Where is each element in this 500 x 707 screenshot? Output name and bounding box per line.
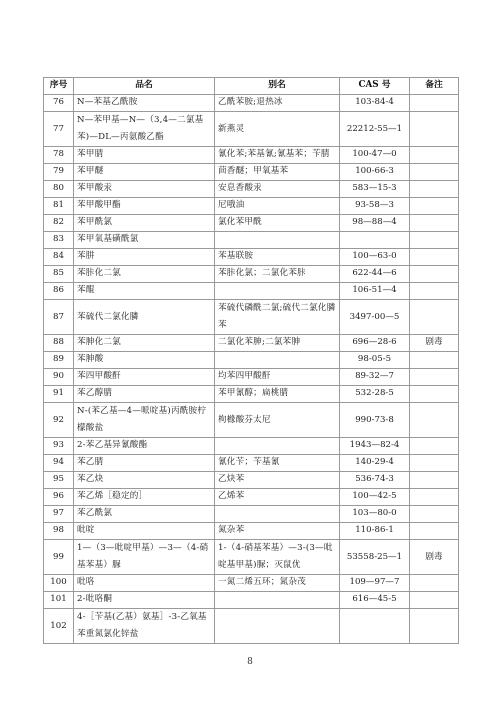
row-product-name: 苯胩化二氯 — [74, 266, 215, 283]
row-alias: 苯硫代磷酰二氯;硫代二氯化膦苯 — [215, 300, 340, 335]
table-row: 91苯乙醇腈苯甲氰醇；扁桃腈532-28-5 — [44, 386, 459, 403]
row-cas-number: 109—97—7 — [340, 575, 410, 592]
row-remarks — [410, 249, 459, 266]
row-product-name: 苯甲酸汞 — [74, 181, 215, 198]
row-serial-number: 97 — [44, 506, 74, 523]
row-cas-number: 616—45-5 — [340, 592, 410, 609]
row-serial-number: 100 — [44, 575, 74, 592]
row-remarks — [410, 369, 459, 386]
row-alias: 氰化苯;苯基氰;氰基苯；苄腈 — [215, 147, 340, 164]
table-row: 77N—苯甲基—N—（3,4—二氯基苯)—DL—丙氨酸乙酯新燕灵22212-55… — [44, 112, 459, 147]
row-serial-number: 78 — [44, 147, 74, 164]
row-alias: 氯化苯甲酰 — [215, 215, 340, 232]
row-cas-number: 990-73-8 — [340, 403, 410, 438]
row-cas-number: 100—42-5 — [340, 489, 410, 506]
row-serial-number: 102 — [44, 609, 74, 644]
row-serial-number: 79 — [44, 164, 74, 181]
row-alias — [215, 352, 340, 369]
row-product-name: 苯乙炔 — [74, 472, 215, 489]
row-remarks — [410, 198, 459, 215]
row-alias: 安息香酸汞 — [215, 181, 340, 198]
row-remarks — [410, 609, 459, 644]
row-serial-number: 84 — [44, 249, 74, 266]
row-serial-number: 94 — [44, 455, 74, 472]
row-remarks — [410, 523, 459, 540]
row-alias: 茴香醚；甲氧基苯 — [215, 164, 340, 181]
row-serial-number: 96 — [44, 489, 74, 506]
table-row: 94苯乙腈氰化苄；苄基氰140-29-4 — [44, 455, 459, 472]
row-cas-number — [340, 609, 410, 644]
table-row: 87苯硫代二氯化膦苯硫代磷酰二氯;硫代二氯化膦苯3497-00—5 — [44, 300, 459, 335]
document-page: 序号 品名 别名 CAS 号 备注 76N—苯基乙酰胺乙酰苯胺;退热冰103-8… — [0, 0, 500, 707]
row-product-name: N—苯甲基—N—（3,4—二氯基苯)—DL—丙氨酸乙酯 — [74, 112, 215, 147]
row-alias: 苯基联胺 — [215, 249, 340, 266]
row-product-name: 苯醌 — [74, 283, 215, 300]
header-remarks: 备注 — [410, 78, 459, 95]
row-cas-number: 532-28-5 — [340, 386, 410, 403]
row-product-name: 苯乙醇腈 — [74, 386, 215, 403]
table-row: 1012-吡咯酮616—45-5 — [44, 592, 459, 609]
row-cas-number: 140-29-4 — [340, 455, 410, 472]
row-remarks: 剧毒 — [410, 335, 459, 352]
row-cas-number: 103-84-4 — [340, 95, 410, 112]
row-cas-number: 89-32—7 — [340, 369, 410, 386]
row-cas-number — [340, 232, 410, 249]
row-remarks — [410, 95, 459, 112]
row-product-name: 苯甲醚 — [74, 164, 215, 181]
row-alias — [215, 283, 340, 300]
row-alias: 1-（4-硝基苯基）—3-(3—吡啶基甲基)脲；灭鼠优 — [215, 540, 340, 575]
table-row: 95苯乙炔乙炔苯536-74-3 — [44, 472, 459, 489]
table-row: 85苯胩化二氯苯胩化氯；二氯化苯胩622-44—6 — [44, 266, 459, 283]
table-row: 932-苯乙基异氰酸酯1943—82-4 — [44, 438, 459, 455]
row-remarks — [410, 386, 459, 403]
row-serial-number: 85 — [44, 266, 74, 283]
row-cas-number: 1943—82-4 — [340, 438, 410, 455]
table-row: 89苯胂酸98-05-5 — [44, 352, 459, 369]
row-product-name: N—苯基乙酰胺 — [74, 95, 215, 112]
row-remarks — [410, 592, 459, 609]
table-row: 98吡啶氮杂苯110-86-1 — [44, 523, 459, 540]
table-row: 83苯甲氧基磺酰氯 — [44, 232, 459, 249]
table-row: 80苯甲酸汞安息香酸汞583—15-3 — [44, 181, 459, 198]
row-product-name: 苯甲氧基磺酰氯 — [74, 232, 215, 249]
row-remarks — [410, 266, 459, 283]
row-product-name: 2-吡咯酮 — [74, 592, 215, 609]
row-cas-number: 93-58—3 — [340, 198, 410, 215]
table-row: 96苯乙烯［稳定的］乙烯苯100—42-5 — [44, 489, 459, 506]
row-cas-number: 100-47—0 — [340, 147, 410, 164]
row-serial-number: 80 — [44, 181, 74, 198]
row-cas-number: 98—88—4 — [340, 215, 410, 232]
row-remarks: 剧毒 — [410, 540, 459, 575]
row-serial-number: 89 — [44, 352, 74, 369]
row-remarks — [410, 575, 459, 592]
row-product-name: 苯乙烯［稳定的］ — [74, 489, 215, 506]
table-row: 991—（3—吡啶甲基）—3—（4-硝基苯基）脲1-（4-硝基苯基）—3-(3—… — [44, 540, 459, 575]
row-product-name: 苯乙酰氯 — [74, 506, 215, 523]
table-row: 84苯肼苯基联胺100—63-0 — [44, 249, 459, 266]
row-product-name: 1—（3—吡啶甲基）—3—（4-硝基苯基）脲 — [74, 540, 215, 575]
row-serial-number: 92 — [44, 403, 74, 438]
row-product-name: 苯甲酰氯 — [74, 215, 215, 232]
row-cas-number: 536-74-3 — [340, 472, 410, 489]
table-row: 79苯甲醚茴香醚；甲氧基苯100-66-3 — [44, 164, 459, 181]
row-cas-number: 98-05-5 — [340, 352, 410, 369]
row-remarks — [410, 352, 459, 369]
row-alias — [215, 609, 340, 644]
row-remarks — [410, 438, 459, 455]
row-remarks — [410, 455, 459, 472]
row-product-name: 苯肼 — [74, 249, 215, 266]
table-row: 76N—苯基乙酰胺乙酰苯胺;退热冰103-84-4 — [44, 95, 459, 112]
row-cas-number: 622-44—6 — [340, 266, 410, 283]
row-alias: 苯胩化氯；二氯化苯胩 — [215, 266, 340, 283]
row-cas-number: 110-86-1 — [340, 523, 410, 540]
row-remarks — [410, 112, 459, 147]
row-serial-number: 93 — [44, 438, 74, 455]
row-serial-number: 83 — [44, 232, 74, 249]
row-remarks — [410, 283, 459, 300]
row-cas-number: 106-51—4 — [340, 283, 410, 300]
header-alias: 别名 — [215, 78, 340, 95]
row-cas-number: 3497-00—5 — [340, 300, 410, 335]
row-serial-number: 82 — [44, 215, 74, 232]
row-remarks — [410, 232, 459, 249]
table-row: 97苯乙酰氯103—80-0 — [44, 506, 459, 523]
page-number: 8 — [0, 657, 500, 667]
table-row: 86苯醌106-51—4 — [44, 283, 459, 300]
row-remarks — [410, 300, 459, 335]
row-alias — [215, 506, 340, 523]
row-product-name: 2-苯乙基异氰酸酯 — [74, 438, 215, 455]
row-alias — [215, 592, 340, 609]
row-serial-number: 86 — [44, 283, 74, 300]
row-cas-number: 696—28-6 — [340, 335, 410, 352]
row-cas-number: 100-66-3 — [340, 164, 410, 181]
row-alias: 新燕灵 — [215, 112, 340, 147]
row-product-name: N-(苯乙基—4—哌啶基)丙酰胺柠檬酸盐 — [74, 403, 215, 438]
table-row: 100吡咯一氮二烯五环；氮杂茂109—97—7 — [44, 575, 459, 592]
row-alias: 乙酰苯胺;退热冰 — [215, 95, 340, 112]
table-row: 81苯甲酸甲酯尼哦油93-58—3 — [44, 198, 459, 215]
row-product-name: 吡啶 — [74, 523, 215, 540]
row-serial-number: 81 — [44, 198, 74, 215]
row-serial-number: 99 — [44, 540, 74, 575]
row-alias: 苯甲氰醇；扁桃腈 — [215, 386, 340, 403]
row-remarks — [410, 181, 459, 198]
row-alias: 均苯四甲酸酐 — [215, 369, 340, 386]
row-product-name: 苯甲酸甲酯 — [74, 198, 215, 215]
header-cas-number: CAS 号 — [340, 78, 410, 95]
header-product-name: 品名 — [74, 78, 215, 95]
row-serial-number: 98 — [44, 523, 74, 540]
row-alias: 乙炔苯 — [215, 472, 340, 489]
row-alias — [215, 438, 340, 455]
row-serial-number: 87 — [44, 300, 74, 335]
row-remarks — [410, 215, 459, 232]
row-alias: 氮杂苯 — [215, 523, 340, 540]
row-serial-number: 91 — [44, 386, 74, 403]
row-remarks — [410, 403, 459, 438]
row-remarks — [410, 147, 459, 164]
row-alias: 乙烯苯 — [215, 489, 340, 506]
row-product-name: 苯胂酸 — [74, 352, 215, 369]
table-header-row: 序号 品名 别名 CAS 号 备注 — [44, 78, 459, 95]
row-serial-number: 90 — [44, 369, 74, 386]
row-serial-number: 77 — [44, 112, 74, 147]
row-serial-number: 95 — [44, 472, 74, 489]
row-remarks — [410, 489, 459, 506]
row-cas-number: 100—63-0 — [340, 249, 410, 266]
row-alias: 尼哦油 — [215, 198, 340, 215]
header-serial-number: 序号 — [44, 78, 74, 95]
table-row: 1024-［苄基(乙基）氨基］-3-乙氧基苯重氮氯化锌盐 — [44, 609, 459, 644]
table-row: 78苯甲腈氰化苯;苯基氰;氰基苯；苄腈100-47—0 — [44, 147, 459, 164]
row-alias: 枸橼酸芬太尼 — [215, 403, 340, 438]
row-serial-number: 101 — [44, 592, 74, 609]
row-product-name: 苯甲腈 — [74, 147, 215, 164]
row-product-name: 4-［苄基(乙基）氨基］-3-乙氧基苯重氮氯化锌盐 — [74, 609, 215, 644]
row-serial-number: 76 — [44, 95, 74, 112]
row-remarks — [410, 506, 459, 523]
table-row: 82苯甲酰氯氯化苯甲酰98—88—4 — [44, 215, 459, 232]
row-alias: 一氮二烯五环；氮杂茂 — [215, 575, 340, 592]
row-product-name: 苯硫代二氯化膦 — [74, 300, 215, 335]
row-product-name: 吡咯 — [74, 575, 215, 592]
row-serial-number: 88 — [44, 335, 74, 352]
table-row: 90苯四甲酸酐均苯四甲酸酐89-32—7 — [44, 369, 459, 386]
row-product-name: 苯胂化二氯 — [74, 335, 215, 352]
row-remarks — [410, 472, 459, 489]
row-cas-number: 22212-55—1 — [340, 112, 410, 147]
table-row: 92N-(苯乙基—4—哌啶基)丙酰胺柠檬酸盐枸橼酸芬太尼990-73-8 — [44, 403, 459, 438]
row-cas-number: 103—80-0 — [340, 506, 410, 523]
row-alias: 氰化苄；苄基氰 — [215, 455, 340, 472]
row-alias: 二氯化苯胂;二氯苯胂 — [215, 335, 340, 352]
row-product-name: 苯乙腈 — [74, 455, 215, 472]
row-cas-number: 53558-25—1 — [340, 540, 410, 575]
row-remarks — [410, 164, 459, 181]
table-row: 88苯胂化二氯二氯化苯胂;二氯苯胂696—28-6剧毒 — [44, 335, 459, 352]
hazardous-chemicals-table: 序号 品名 别名 CAS 号 备注 76N—苯基乙酰胺乙酰苯胺;退热冰103-8… — [43, 77, 459, 644]
row-alias — [215, 232, 340, 249]
row-product-name: 苯四甲酸酐 — [74, 369, 215, 386]
row-cas-number: 583—15-3 — [340, 181, 410, 198]
